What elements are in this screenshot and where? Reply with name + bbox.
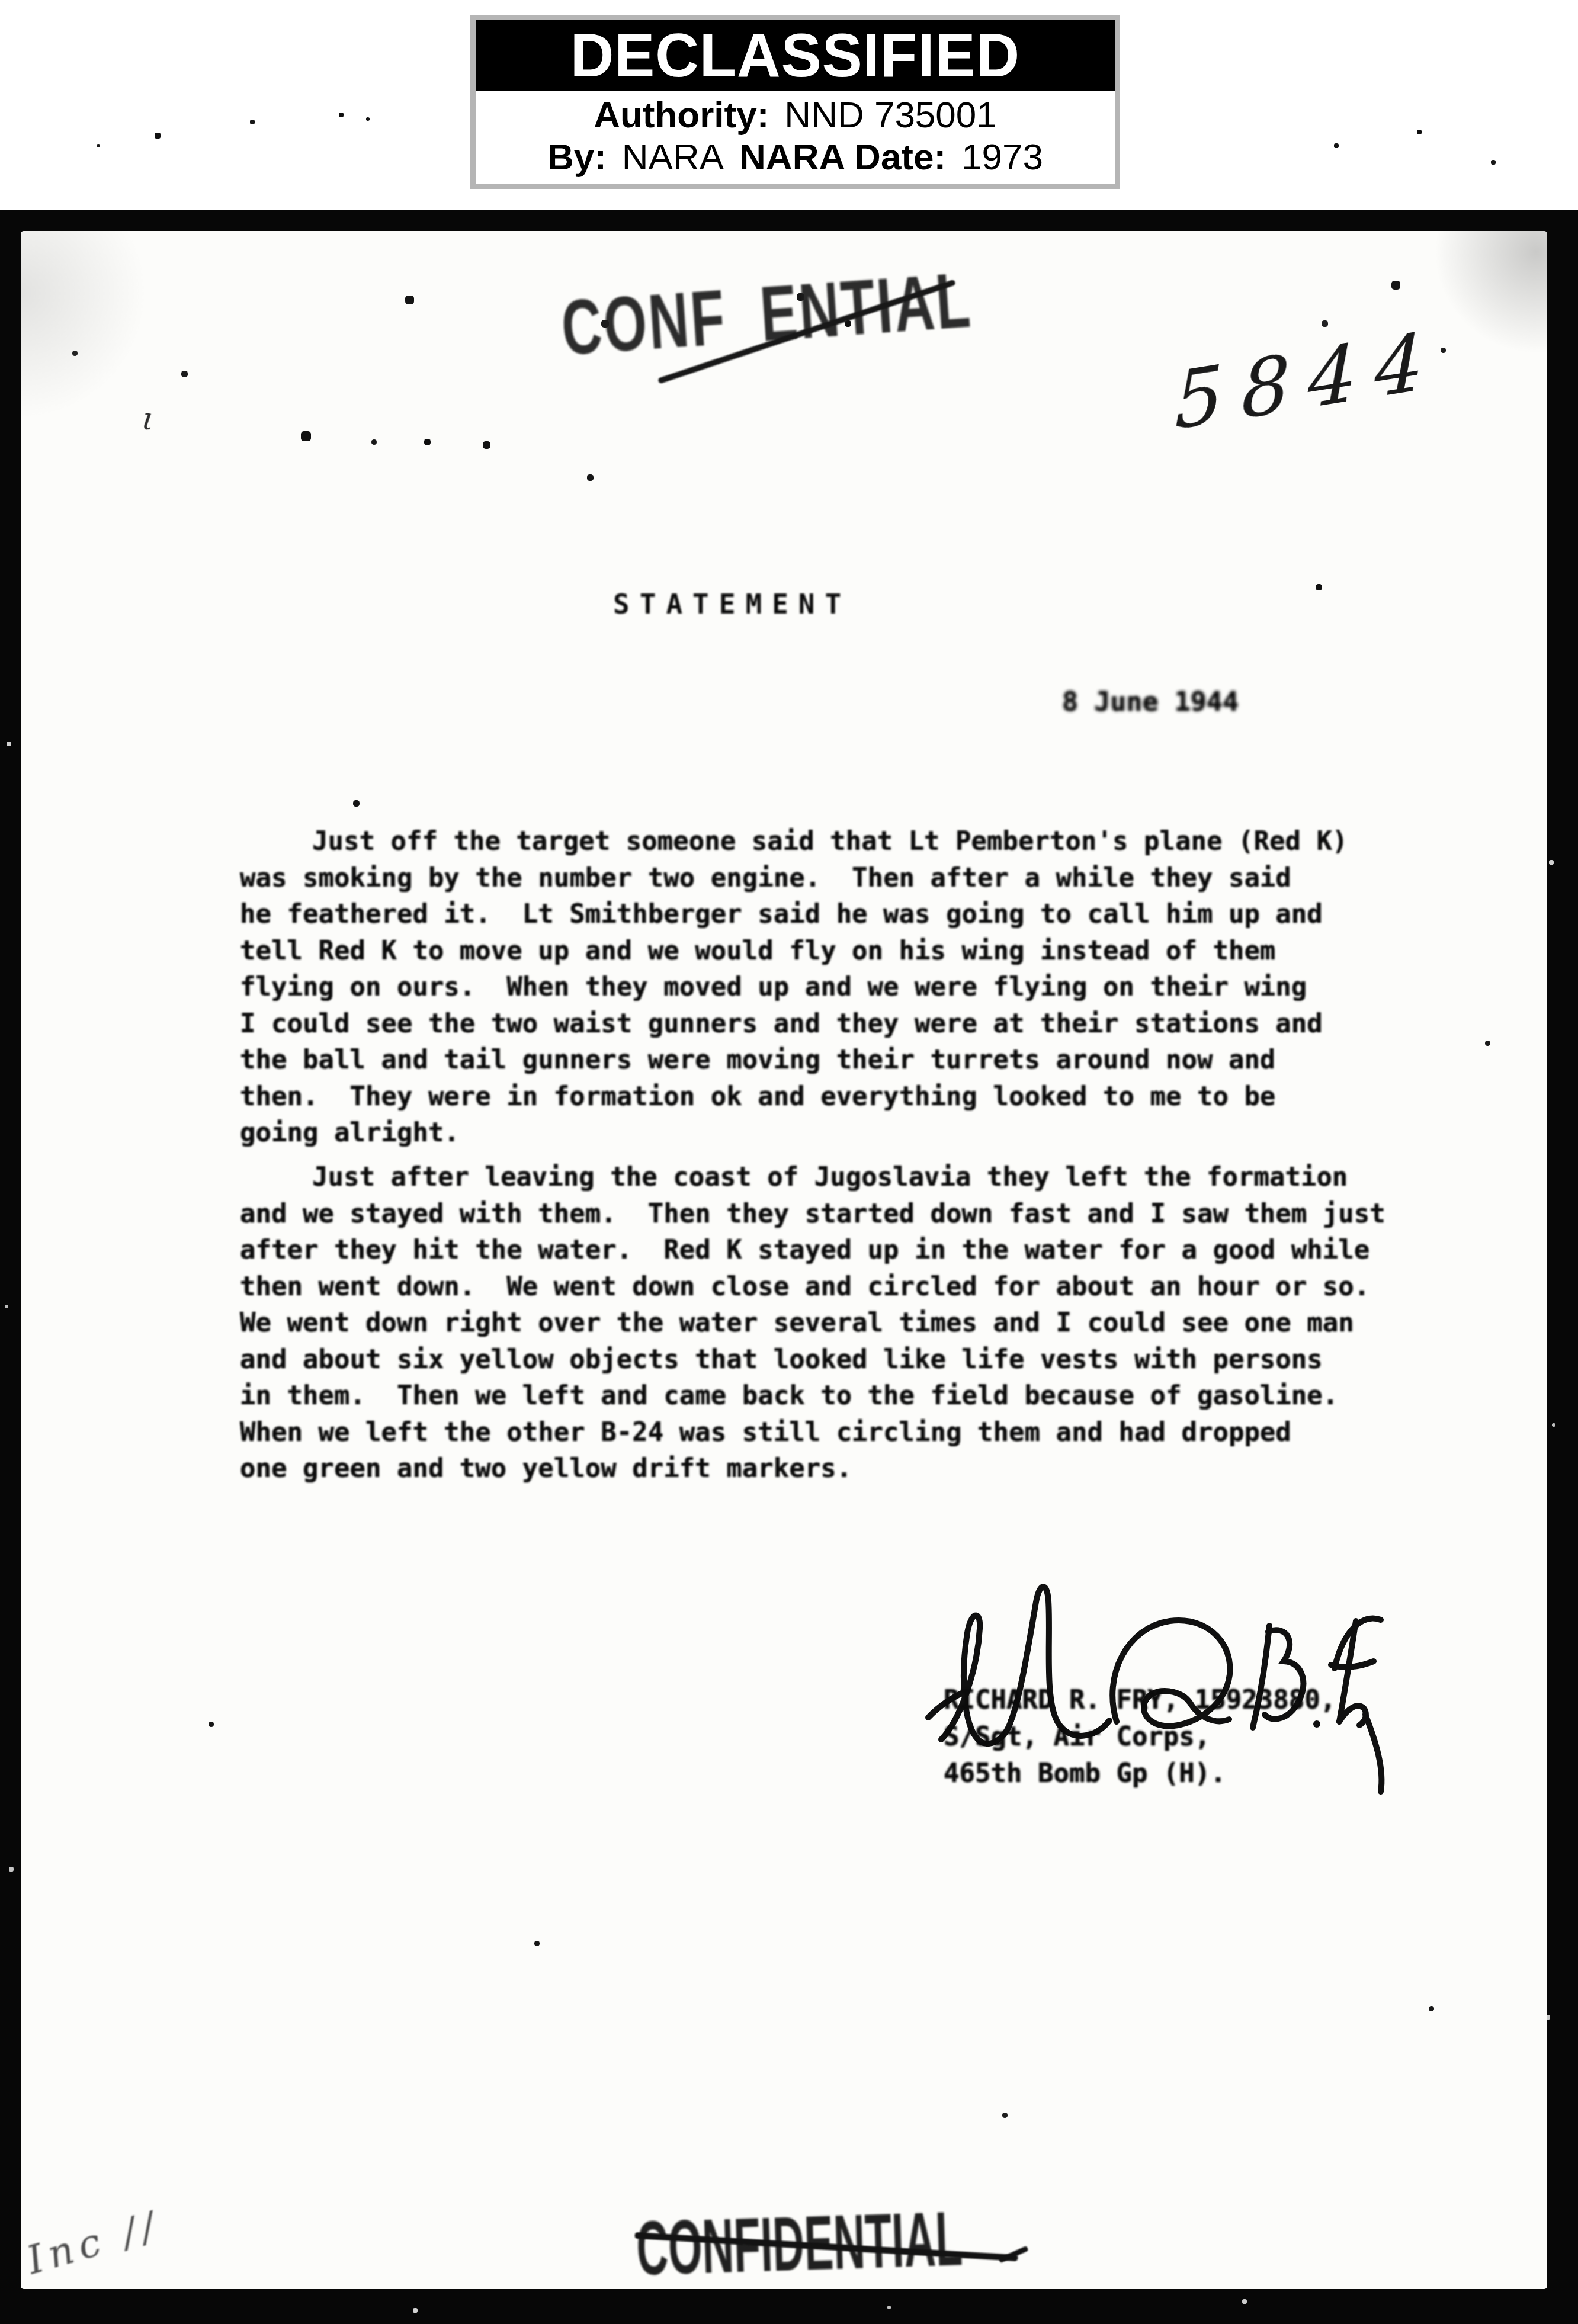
statement-paragraph-2: Just after leaving the coast of Jugoslav… <box>240 1159 1419 1487</box>
statement-date: 8 June 1944 <box>1062 686 1239 717</box>
text-line: flying on ours. When they moved up and w… <box>240 969 1419 1006</box>
scan-noise-top <box>0 0 1 1</box>
handwritten-serial-number: 5844 <box>1175 313 1441 447</box>
scanned-document-page: DECLASSIFIED Authority:NND 735001 By:NAR… <box>0 0 1578 2324</box>
text-line: and about six yellow objects that looked… <box>240 1341 1419 1378</box>
text-line: tell Red K to move up and we would fly o… <box>240 933 1419 970</box>
pencil-corner-mark: ι <box>140 401 157 438</box>
text-line: I could see the two waist gunners and th… <box>240 1006 1419 1042</box>
by-label: By: <box>547 137 607 178</box>
confidential-stamp-top-part1: CONF <box>559 272 729 373</box>
text-line: after they hit the water. Red K stayed u… <box>240 1232 1419 1269</box>
text-line: in them. Then we left and came back to t… <box>240 1378 1419 1414</box>
text-line: Just off the target someone said that Lt… <box>240 823 1419 860</box>
authority-line: Authority:NND 735001 <box>594 94 997 136</box>
text-line: Just after leaving the coast of Jugoslav… <box>240 1159 1419 1196</box>
text-line: was smoking by the number two engine. Th… <box>240 860 1419 897</box>
text-line: and we stayed with them. Then they start… <box>240 1196 1419 1232</box>
declassified-title: DECLASSIFIED <box>570 21 1020 91</box>
text-line: the ball and tail gunners were moving th… <box>240 1042 1419 1078</box>
paper: CONFENTIAL 5844 ι STATEMENT 8 June 1944 … <box>21 231 1547 2289</box>
scan-noise-frame <box>0 210 1 211</box>
text-line: then went down. We went down close and c… <box>240 1269 1419 1305</box>
text-line: he feathered it. Lt Smithberger said he … <box>240 896 1419 933</box>
authority-label: Authority: <box>594 95 769 136</box>
text-line: one green and two yellow drift markers. <box>240 1450 1419 1487</box>
pencil-bottom-left-mark: Inc // <box>22 2202 166 2284</box>
text-line: When we left the other B-24 was still ci… <box>240 1414 1419 1451</box>
scan-noise-paper <box>21 231 23 233</box>
declassified-banner-details: Authority:NND 735001 By:NARANARA Date:19… <box>476 91 1115 184</box>
text-line: RICHARD R. FRY, 15923880, <box>944 1682 1336 1719</box>
by-value: NARA <box>622 137 724 178</box>
nara-date-value: 1973 <box>961 137 1043 178</box>
scan-frame: CONFENTIAL 5844 ι STATEMENT 8 June 1944 … <box>0 210 1578 2324</box>
text-line: We went down right over the water severa… <box>240 1305 1419 1341</box>
text-line: 465th Bomb Gp (H). <box>944 1755 1336 1792</box>
declassified-banner: DECLASSIFIED Authority:NND 735001 By:NAR… <box>470 15 1120 189</box>
text-line: going alright. <box>240 1115 1419 1151</box>
statement-title: STATEMENT <box>613 588 851 620</box>
declassified-banner-titlebar: DECLASSIFIED <box>476 20 1115 91</box>
text-line: then. They were in formation ok and ever… <box>240 1078 1419 1115</box>
confidential-stamp-top-part2: ENTIAL <box>757 255 974 359</box>
authority-value: NND 735001 <box>784 95 996 136</box>
by-date-line: By:NARANARA Date:1973 <box>547 136 1043 178</box>
statement-paragraph-1: Just off the target someone said that Lt… <box>240 823 1419 1151</box>
nara-date-label: NARA Date: <box>739 137 946 178</box>
text-line: S/Sgt, Air Corps, <box>944 1719 1336 1755</box>
signature-block: RICHARD R. FRY, 15923880,S/Sgt, Air Corp… <box>944 1682 1336 1792</box>
